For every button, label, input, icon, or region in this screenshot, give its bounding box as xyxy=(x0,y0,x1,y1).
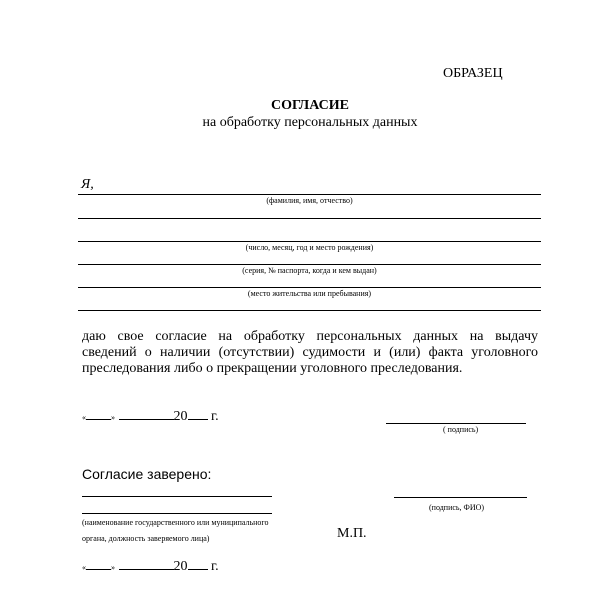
year-suffix: г. xyxy=(211,409,219,424)
day-blank[interactable] xyxy=(86,407,111,420)
document-title: СОГЛАСИЕ xyxy=(0,98,590,114)
org-caption-line-1: (наименование государственного или муниц… xyxy=(82,515,268,531)
residence-line[interactable] xyxy=(78,287,541,288)
consent-text: даю свое согласие на обработку персональ… xyxy=(82,329,538,377)
full-name-line-2[interactable] xyxy=(78,218,541,219)
birth-line[interactable] xyxy=(78,241,541,242)
consent-text-line-2: сведений о наличии (отсутствии) судимост… xyxy=(82,345,538,361)
birth-caption: (число, месяц, год и место рождения) xyxy=(78,243,541,252)
signature-line[interactable] xyxy=(386,423,526,424)
sample-label: ОБРАЗЕЦ xyxy=(443,66,503,82)
passport-line[interactable] xyxy=(78,264,541,265)
day-blank-2[interactable] xyxy=(86,557,111,570)
passport-caption: (серия, № паспорта, когда и кем выдан) xyxy=(78,266,541,275)
certifier-signature-caption: (подпись, ФИО) xyxy=(429,503,484,512)
i-label: Я, xyxy=(81,177,94,193)
org-caption: (наименование государственного или муниц… xyxy=(82,515,268,547)
certifier-signature-line[interactable] xyxy=(394,497,527,498)
org-line-1[interactable] xyxy=(82,496,272,497)
document-subtitle: на обработку персональных данных xyxy=(0,115,590,131)
residence-caption: (место жительства или пребывания) xyxy=(78,289,541,298)
certification-label: Согласие заверено: xyxy=(82,466,211,482)
date-close-quote-2: » xyxy=(111,563,115,572)
signature-caption: ( подпись) xyxy=(443,425,478,434)
org-line-2[interactable] xyxy=(82,513,272,514)
year-blank[interactable] xyxy=(188,407,208,420)
year-blank-2[interactable] xyxy=(188,557,208,570)
year-prefix: 20 xyxy=(174,409,188,424)
full-name-caption: (фамилия, имя, отчество) xyxy=(78,196,541,205)
month-blank[interactable] xyxy=(119,407,174,420)
residence-line-2[interactable] xyxy=(78,310,541,311)
date-close-quote: » xyxy=(111,413,115,422)
date-field: «» 20 г. xyxy=(82,407,219,425)
full-name-line[interactable] xyxy=(78,194,541,195)
month-blank-2[interactable] xyxy=(119,557,174,570)
date-field-2: «» 20 г. xyxy=(82,557,219,575)
stamp-label: М.П. xyxy=(337,526,367,542)
year-prefix-2: 20 xyxy=(174,559,188,574)
consent-text-line-3: преследования либо о прекращении уголовн… xyxy=(82,361,538,377)
year-suffix-2: г. xyxy=(211,559,219,574)
org-caption-line-2: органа, должность заверяемого лица) xyxy=(82,531,268,547)
consent-text-line-1: даю свое согласие на обработку персональ… xyxy=(82,329,538,345)
